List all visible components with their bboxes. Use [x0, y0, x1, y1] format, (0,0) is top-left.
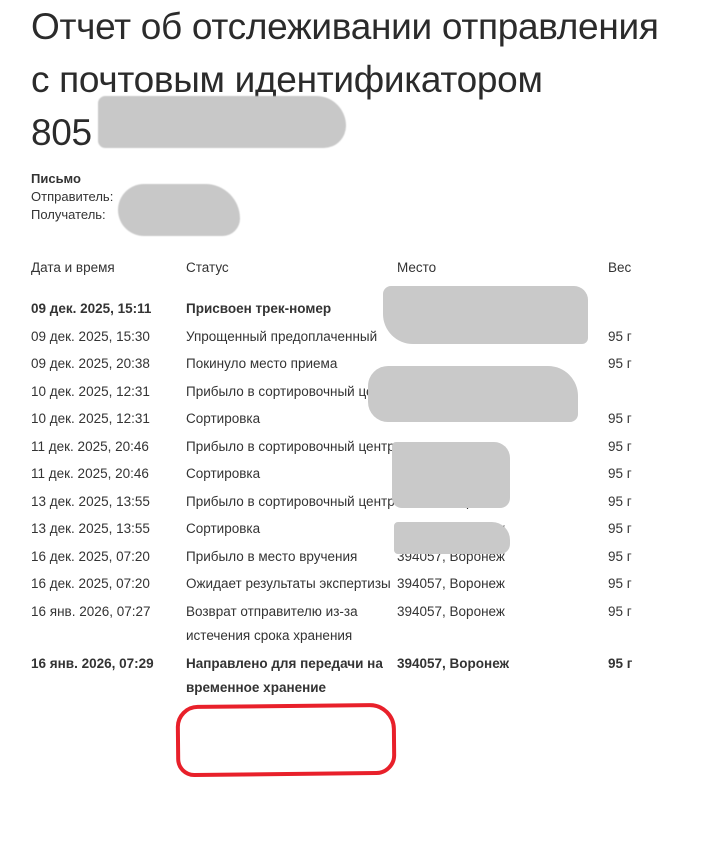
- cell-date: 10 дек. 2025, 12:31: [31, 407, 186, 432]
- redacted-tracking-number: [98, 96, 346, 148]
- tracking-table: Дата и время Статус Место Вес 09 дек. 20…: [31, 258, 691, 701]
- table-row: 16 янв. 2026, 07:29Направлено для переда…: [31, 649, 691, 701]
- cell-weight: 95 г: [608, 600, 668, 649]
- cell-weight: 95 г: [608, 352, 668, 377]
- cell-status: Сортировка: [186, 407, 397, 432]
- cell-status: Покинуло место приема: [186, 352, 397, 377]
- sender-label: Отправитель:: [31, 188, 113, 206]
- cell-date: 09 дек. 2025, 15:11: [31, 297, 186, 322]
- column-header-date: Дата и время: [31, 260, 186, 275]
- cell-date: 10 дек. 2025, 12:31: [31, 380, 186, 405]
- column-header-place: Место: [397, 260, 608, 275]
- cell-weight: 95 г: [608, 652, 668, 701]
- table-row: 09 дек. 2025, 15:11Присвоен трек-номер: [31, 294, 691, 322]
- table-row: 16 янв. 2026, 07:27Возврат отправителю и…: [31, 597, 691, 649]
- cell-status: Сортировка: [186, 517, 397, 542]
- cell-weight: 95 г: [608, 517, 668, 542]
- cell-place: 394057, Воронеж: [397, 652, 608, 701]
- cell-weight: 95 г: [608, 545, 668, 570]
- cell-date: 16 дек. 2025, 07:20: [31, 545, 186, 570]
- redacted-place: [368, 366, 578, 422]
- cell-status: Сортировка: [186, 462, 397, 487]
- cell-date: 16 янв. 2026, 07:27: [31, 600, 186, 649]
- cell-weight: 95 г: [608, 435, 668, 460]
- redacted-place: [392, 442, 510, 508]
- cell-weight: 95 г: [608, 325, 668, 350]
- table-header: Дата и время Статус Место Вес: [31, 258, 691, 294]
- table-body: 09 дек. 2025, 15:11Присвоен трек-номер09…: [31, 294, 691, 701]
- cell-status: Направлено для передачи на временное хра…: [186, 652, 397, 701]
- cell-date: 16 янв. 2026, 07:29: [31, 652, 186, 701]
- cell-weight: [608, 380, 668, 405]
- column-header-weight: Вес: [608, 260, 668, 275]
- cell-status: Возврат отправителю из-за истечения срок…: [186, 600, 397, 649]
- table-row: 10 дек. 2025, 12:31Сортировка95 г: [31, 404, 691, 432]
- cell-status: Прибыло в сортировочный центр: [186, 490, 397, 515]
- table-row: 13 дек. 2025, 13:55Прибыло в сортировочн…: [31, 487, 691, 515]
- table-row: 16 дек. 2025, 07:20Прибыло в место вруче…: [31, 542, 691, 570]
- cell-date: 09 дек. 2025, 20:38: [31, 352, 186, 377]
- redacted-place: [383, 286, 588, 344]
- title-line-2: с почтовым идентификатором: [31, 59, 543, 100]
- table-row: 11 дек. 2025, 20:46Сортировка95 г: [31, 459, 691, 487]
- table-row: 13 дек. 2025, 13:55Сортировка394964, Вор…: [31, 514, 691, 542]
- column-header-status: Статус: [186, 260, 397, 275]
- redacted-sender-recipient: [118, 184, 240, 236]
- cell-status: Прибыло в место вручения: [186, 545, 397, 570]
- cell-place: 394057, Воронеж: [397, 600, 608, 649]
- cell-date: 11 дек. 2025, 20:46: [31, 435, 186, 460]
- cell-weight: 95 г: [608, 572, 668, 597]
- cell-weight: 95 г: [608, 407, 668, 432]
- cell-weight: 95 г: [608, 462, 668, 487]
- cell-date: 09 дек. 2025, 15:30: [31, 325, 186, 350]
- cell-status: Прибыло в сортировочный центр: [186, 435, 397, 460]
- cell-status: Упрощенный предоплаченный: [186, 325, 397, 350]
- cell-weight: [608, 297, 668, 322]
- recipient-label: Получатель:: [31, 206, 113, 224]
- title-line-1: Отчет об отслеживании отправления: [31, 6, 659, 47]
- shipment-type: Письмо: [31, 170, 113, 188]
- table-row: 16 дек. 2025, 07:20Ожидает результаты эк…: [31, 569, 691, 597]
- cell-weight: 95 г: [608, 490, 668, 515]
- cell-date: 13 дек. 2025, 13:55: [31, 490, 186, 515]
- cell-date: 11 дек. 2025, 20:46: [31, 462, 186, 487]
- table-row: 09 дек. 2025, 20:38Покинуло место приема…: [31, 349, 691, 377]
- cell-place: 394057, Воронеж: [397, 572, 608, 597]
- red-highlight-annotation: [176, 703, 397, 777]
- cell-status: Присвоен трек-номер: [186, 297, 397, 322]
- cell-status: Ожидает результаты экспертизы: [186, 572, 397, 597]
- cell-date: 16 дек. 2025, 07:20: [31, 572, 186, 597]
- table-row: 11 дек. 2025, 20:46Прибыло в сортировочн…: [31, 432, 691, 460]
- table-row: 10 дек. 2025, 12:31Прибыло в сортировочн…: [31, 377, 691, 405]
- shipment-info: Письмо Отправитель: Получатель:: [31, 170, 113, 224]
- cell-date: 13 дек. 2025, 13:55: [31, 517, 186, 542]
- cell-status: Прибыло в сортировочный центр: [186, 380, 397, 405]
- redacted-place: [394, 522, 510, 554]
- table-row: 09 дек. 2025, 15:30Упрощенный предоплаче…: [31, 322, 691, 350]
- tracking-number: 805: [31, 112, 92, 153]
